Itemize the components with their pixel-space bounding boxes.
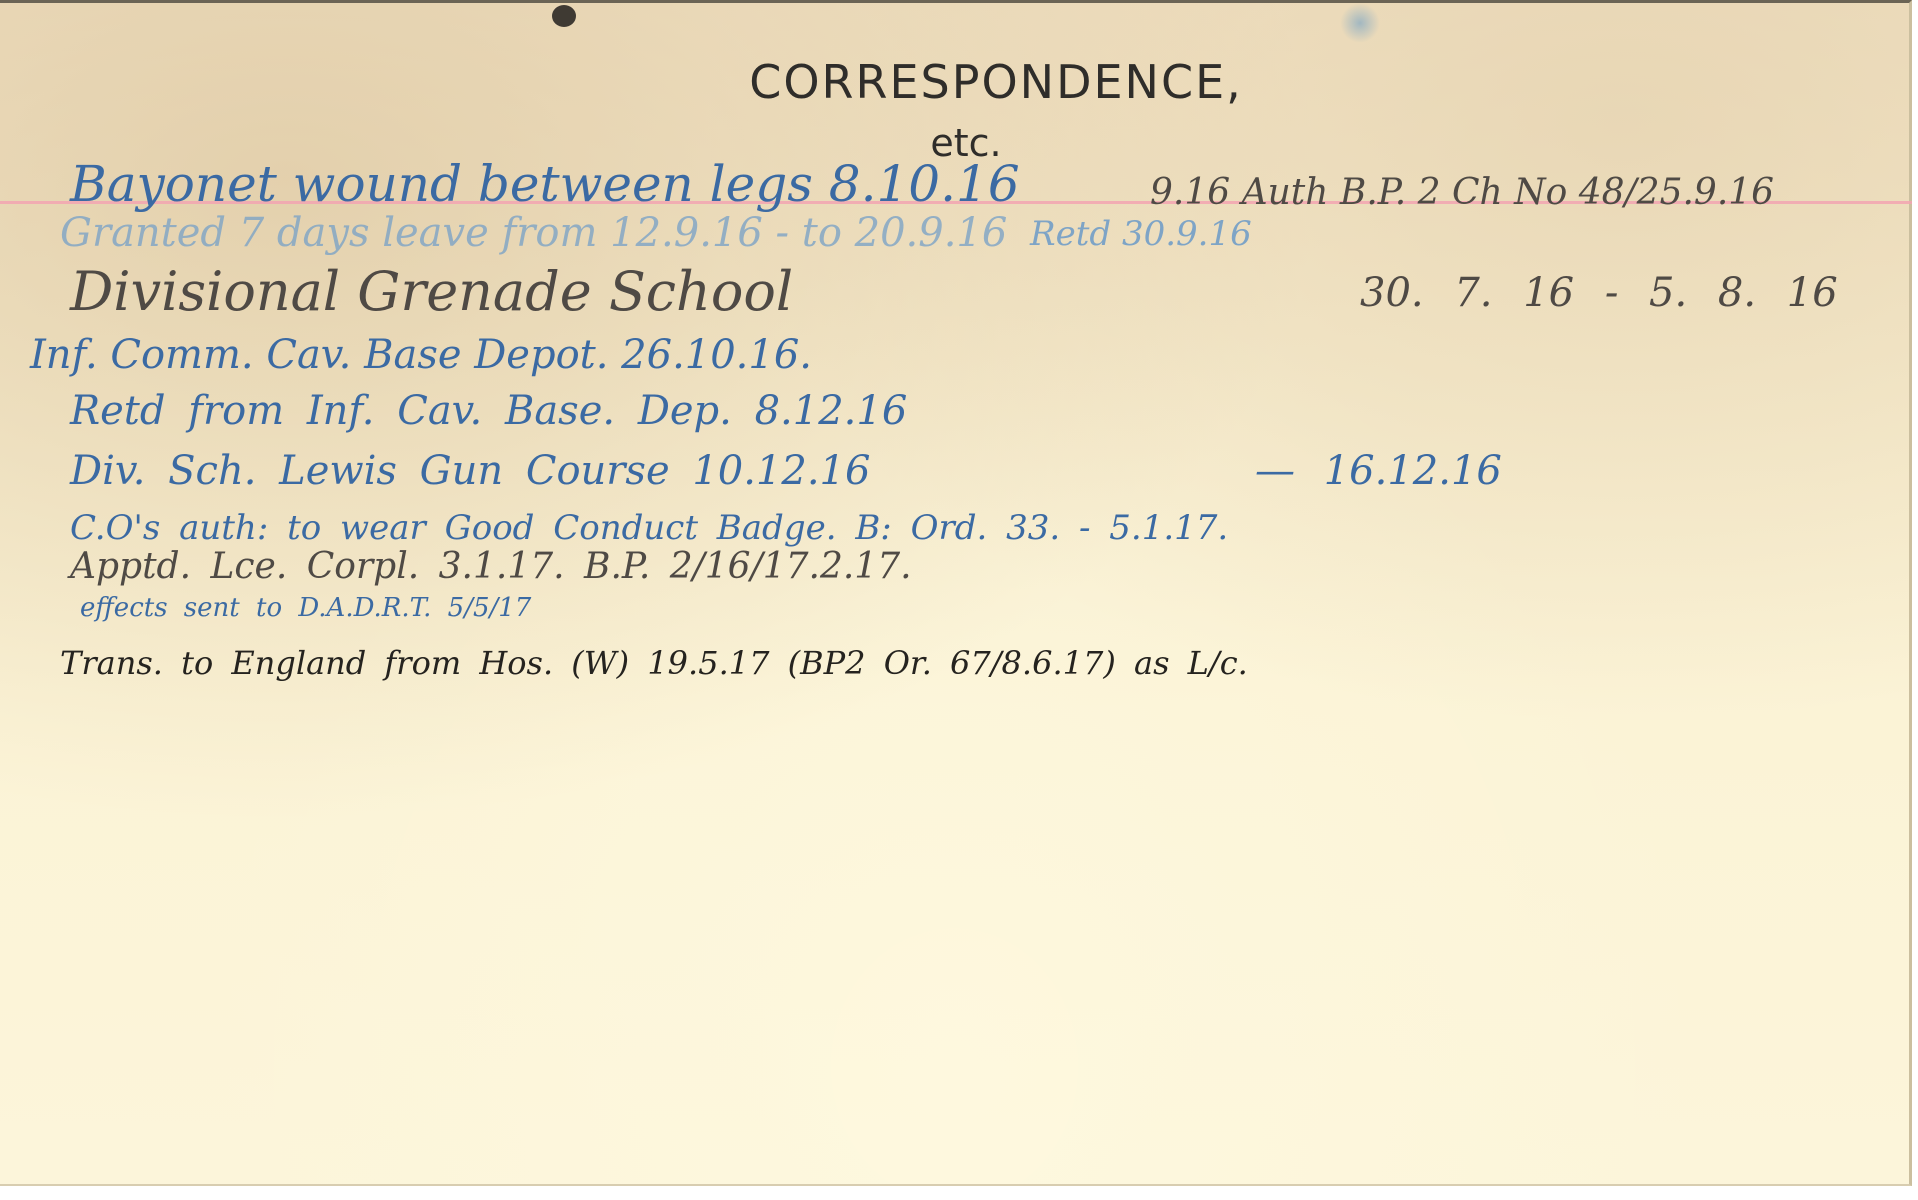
card-heading: CORRESPONDENCE,	[0, 55, 1918, 109]
entry-grenade-school: Divisional Grenade School	[70, 265, 793, 319]
entry-auth-bp: 9.16 Auth B.P. 2 Ch No 48/25.9.16	[1150, 175, 1774, 211]
entry-lance-corporal: Apptd. Lce. Corpl. 3.1.17. B.P. 2/16/17.…	[70, 549, 912, 585]
entry-transferred-england: Trans. to England from Hos. (W) 19.5.17 …	[60, 647, 1248, 679]
punch-hole	[552, 5, 576, 27]
entry-lewis-gun-course: Div. Sch. Lewis Gun Course 10.12.16	[70, 451, 870, 491]
entry-returned: Retd 30.9.16	[1030, 217, 1252, 251]
entry-bayonet-wound: Bayonet wound between legs 8.10.16	[70, 159, 1020, 209]
entry-grenade-school-dates: 30. 7. 16 - 5. 8. 16	[1360, 273, 1838, 313]
entry-lewis-gun-course-end: — 16.12.16	[1255, 451, 1502, 491]
correspondence-record-card: CORRESPONDENCE, etc. Bayonet wound betwe…	[0, 0, 1912, 1186]
entry-good-conduct-badge: C.O's auth: to wear Good Conduct Badge. …	[70, 511, 1228, 545]
ink-smudge	[1333, 0, 1388, 50]
entry-effects-sent: effects sent to D.A.D.R.T. 5/5/17	[80, 595, 531, 621]
entry-returned-base-depot: Retd from Inf. Cav. Base. Dep. 8.12.16	[70, 391, 907, 431]
entry-granted-leave: Granted 7 days leave from 12.9.16 - to 2…	[60, 213, 1007, 253]
entry-base-depot: Inf. Comm. Cav. Base Depot. 26.10.16.	[30, 335, 812, 375]
